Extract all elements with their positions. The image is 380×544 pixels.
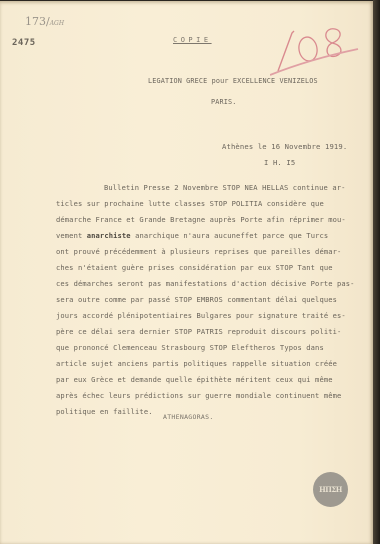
body-line: politique en faillite. [56,407,153,416]
handwritten-number-108 [270,21,360,76]
reference-code: I H. I5 [264,158,295,167]
archive-number-suffix: ΑGH [50,20,64,27]
body-line: après échec leurs prédictions sur guerre… [56,391,341,400]
signature: ATHENAGORAS. [163,413,214,421]
scan-edge [373,0,380,544]
body-line: ces démarches seront pas manifestations … [56,279,355,288]
body-line: article sujet anciens partis politiques … [56,359,337,368]
date-line: Athènes le 16 Novembre 1919. [222,142,347,151]
body-line: par eux Grèce et demande quelle épithète… [56,375,333,384]
body-line: que prononcé Clemenceau Strasbourg STOP … [56,343,324,352]
copy-header: COPIE [173,36,212,44]
stamp-monogram: ΗΠΣΗ [319,485,342,494]
archive-number-main: 173/ [25,15,50,28]
city: PARIS. [211,98,236,106]
body-line: jours accordé plénipotentiaires Bulgares… [56,311,346,320]
body-line-part: anarchique n'aura aucuneffet parce que T… [131,231,329,240]
archive-number: 173/ΑGH [25,15,64,28]
struck-word: anarchiste [87,231,131,240]
archive-stamp-icon: ΗΠΣΗ [313,472,348,507]
addressee-line: LEGATION GRECE pour EXCELLENCE VENIZELOS [148,77,318,85]
body-line: démarche France et Grande Bretagne auprè… [56,215,346,224]
body-line: vement anarchiste anarchique n'aura aucu… [56,231,328,240]
body-line: ticles sur prochaine lutte classes STOP … [56,199,324,208]
document-page: 173/ΑGH 2475 COPIE LEGATION GRECE pour E… [0,1,373,544]
body-line: ont prouvé précédemment à plusieurs repr… [56,247,341,256]
reference-number: 2475 [12,38,36,48]
body-line-part: vement [56,231,87,240]
body-line: père ce délai sera dernier STOP PATRIS r… [56,327,341,336]
body-line: ches n'étaient guère prises considératio… [56,263,333,272]
body-line: Bulletin Presse 2 Novembre STOP NEA HELL… [104,183,346,192]
body-line: sera outre comme par passé STOP EMBROS c… [56,295,337,304]
